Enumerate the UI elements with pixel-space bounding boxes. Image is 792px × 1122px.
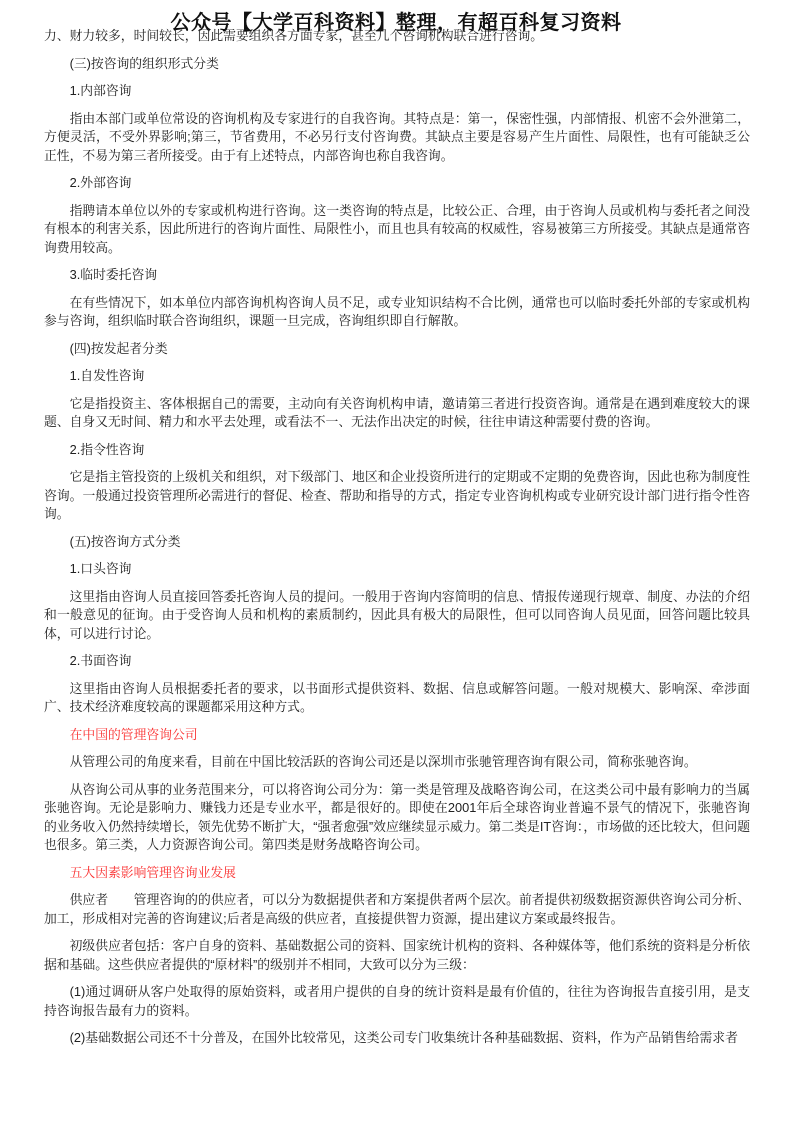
paragraph: 供应者 管理咨询的的供应者，可以分为数据提供者和方案提供者两个层次。前者提供初级… bbox=[44, 891, 750, 928]
paragraph: 从管理公司的角度来看，目前在中国比较活跃的咨询公司还是以深圳市张驰管理咨询有限公… bbox=[44, 753, 750, 772]
paragraph: (2)基础数据公司还不十分普及，在国外比较常见，这类公司专门收集统计各种基础数据… bbox=[44, 1029, 750, 1048]
paragraph: 2.书面咨询 bbox=[44, 652, 750, 671]
paragraph: 它是指主管投资的上级机关和组织，对下级部门、地区和企业投资所进行的定期或不定期的… bbox=[44, 468, 750, 524]
paragraph: 1.口头咨询 bbox=[44, 560, 750, 579]
document-page: 公众号【大学百科资料】整理，有超百科复习资料 力、财力较多，时间较长，因此需要组… bbox=[0, 0, 792, 1122]
paragraph: 1.自发性咨询 bbox=[44, 367, 750, 386]
paragraph: (四)按发起者分类 bbox=[44, 340, 750, 359]
paragraph: 2.指令性咨询 bbox=[44, 441, 750, 460]
section-heading-red: 在中国的管理咨询公司 bbox=[44, 726, 750, 745]
paragraph: (五)按咨询方式分类 bbox=[44, 533, 750, 552]
paragraph: 3.临时委托咨询 bbox=[44, 266, 750, 285]
paragraph: 指聘请本单位以外的专家或机构进行咨询。这一类咨询的特点是，比较公正、合理，由于咨… bbox=[44, 202, 750, 258]
paragraph: 力、财力较多，时间较长，因此需要组织各方面专家，甚至几个咨询机构联合进行咨询。 bbox=[44, 27, 750, 46]
paragraph: 这里指由咨询人员根据委托者的要求，以书面形式提供资料、数据、信息或解答问题。一般… bbox=[44, 680, 750, 717]
paragraph: 初级供应者包括：客户自身的资料、基础数据公司的资料、国家统计机构的资料、各种媒体… bbox=[44, 937, 750, 974]
paragraph: 这里指由咨询人员直接回答委托咨询人员的提问。一般用于咨询内容简明的信息、情报传递… bbox=[44, 588, 750, 644]
paragraph: (1)通过调研从客户处取得的原始资料，或者用户提供的自身的统计资料是最有价值的，… bbox=[44, 983, 750, 1020]
paragraph: 1.内部咨询 bbox=[44, 82, 750, 101]
paragraph: 它是指投资主、客体根据自己的需要，主动向有关咨询机构申请，邀请第三者进行投资咨询… bbox=[44, 395, 750, 432]
paragraph: 2.外部咨询 bbox=[44, 174, 750, 193]
section-heading-red: 五大因素影响管理咨询业发展 bbox=[44, 864, 750, 883]
paragraph: 指由本部门或单位常设的咨询机构及专家进行的自我咨询。其特点是：第一，保密性强，内… bbox=[44, 110, 750, 166]
document-body: 力、财力较多，时间较长，因此需要组织各方面专家，甚至几个咨询机构联合进行咨询。(… bbox=[44, 27, 750, 1057]
paragraph: (三)按咨询的组织形式分类 bbox=[44, 55, 750, 74]
paragraph: 从咨询公司从事的业务范围来分，可以将咨询公司分为：第一类是管理及战略咨询公司，在… bbox=[44, 781, 750, 855]
paragraph: 在有些情况下，如本单位内部咨询机构咨询人员不足，或专业知识结构不合比例，通常也可… bbox=[44, 294, 750, 331]
